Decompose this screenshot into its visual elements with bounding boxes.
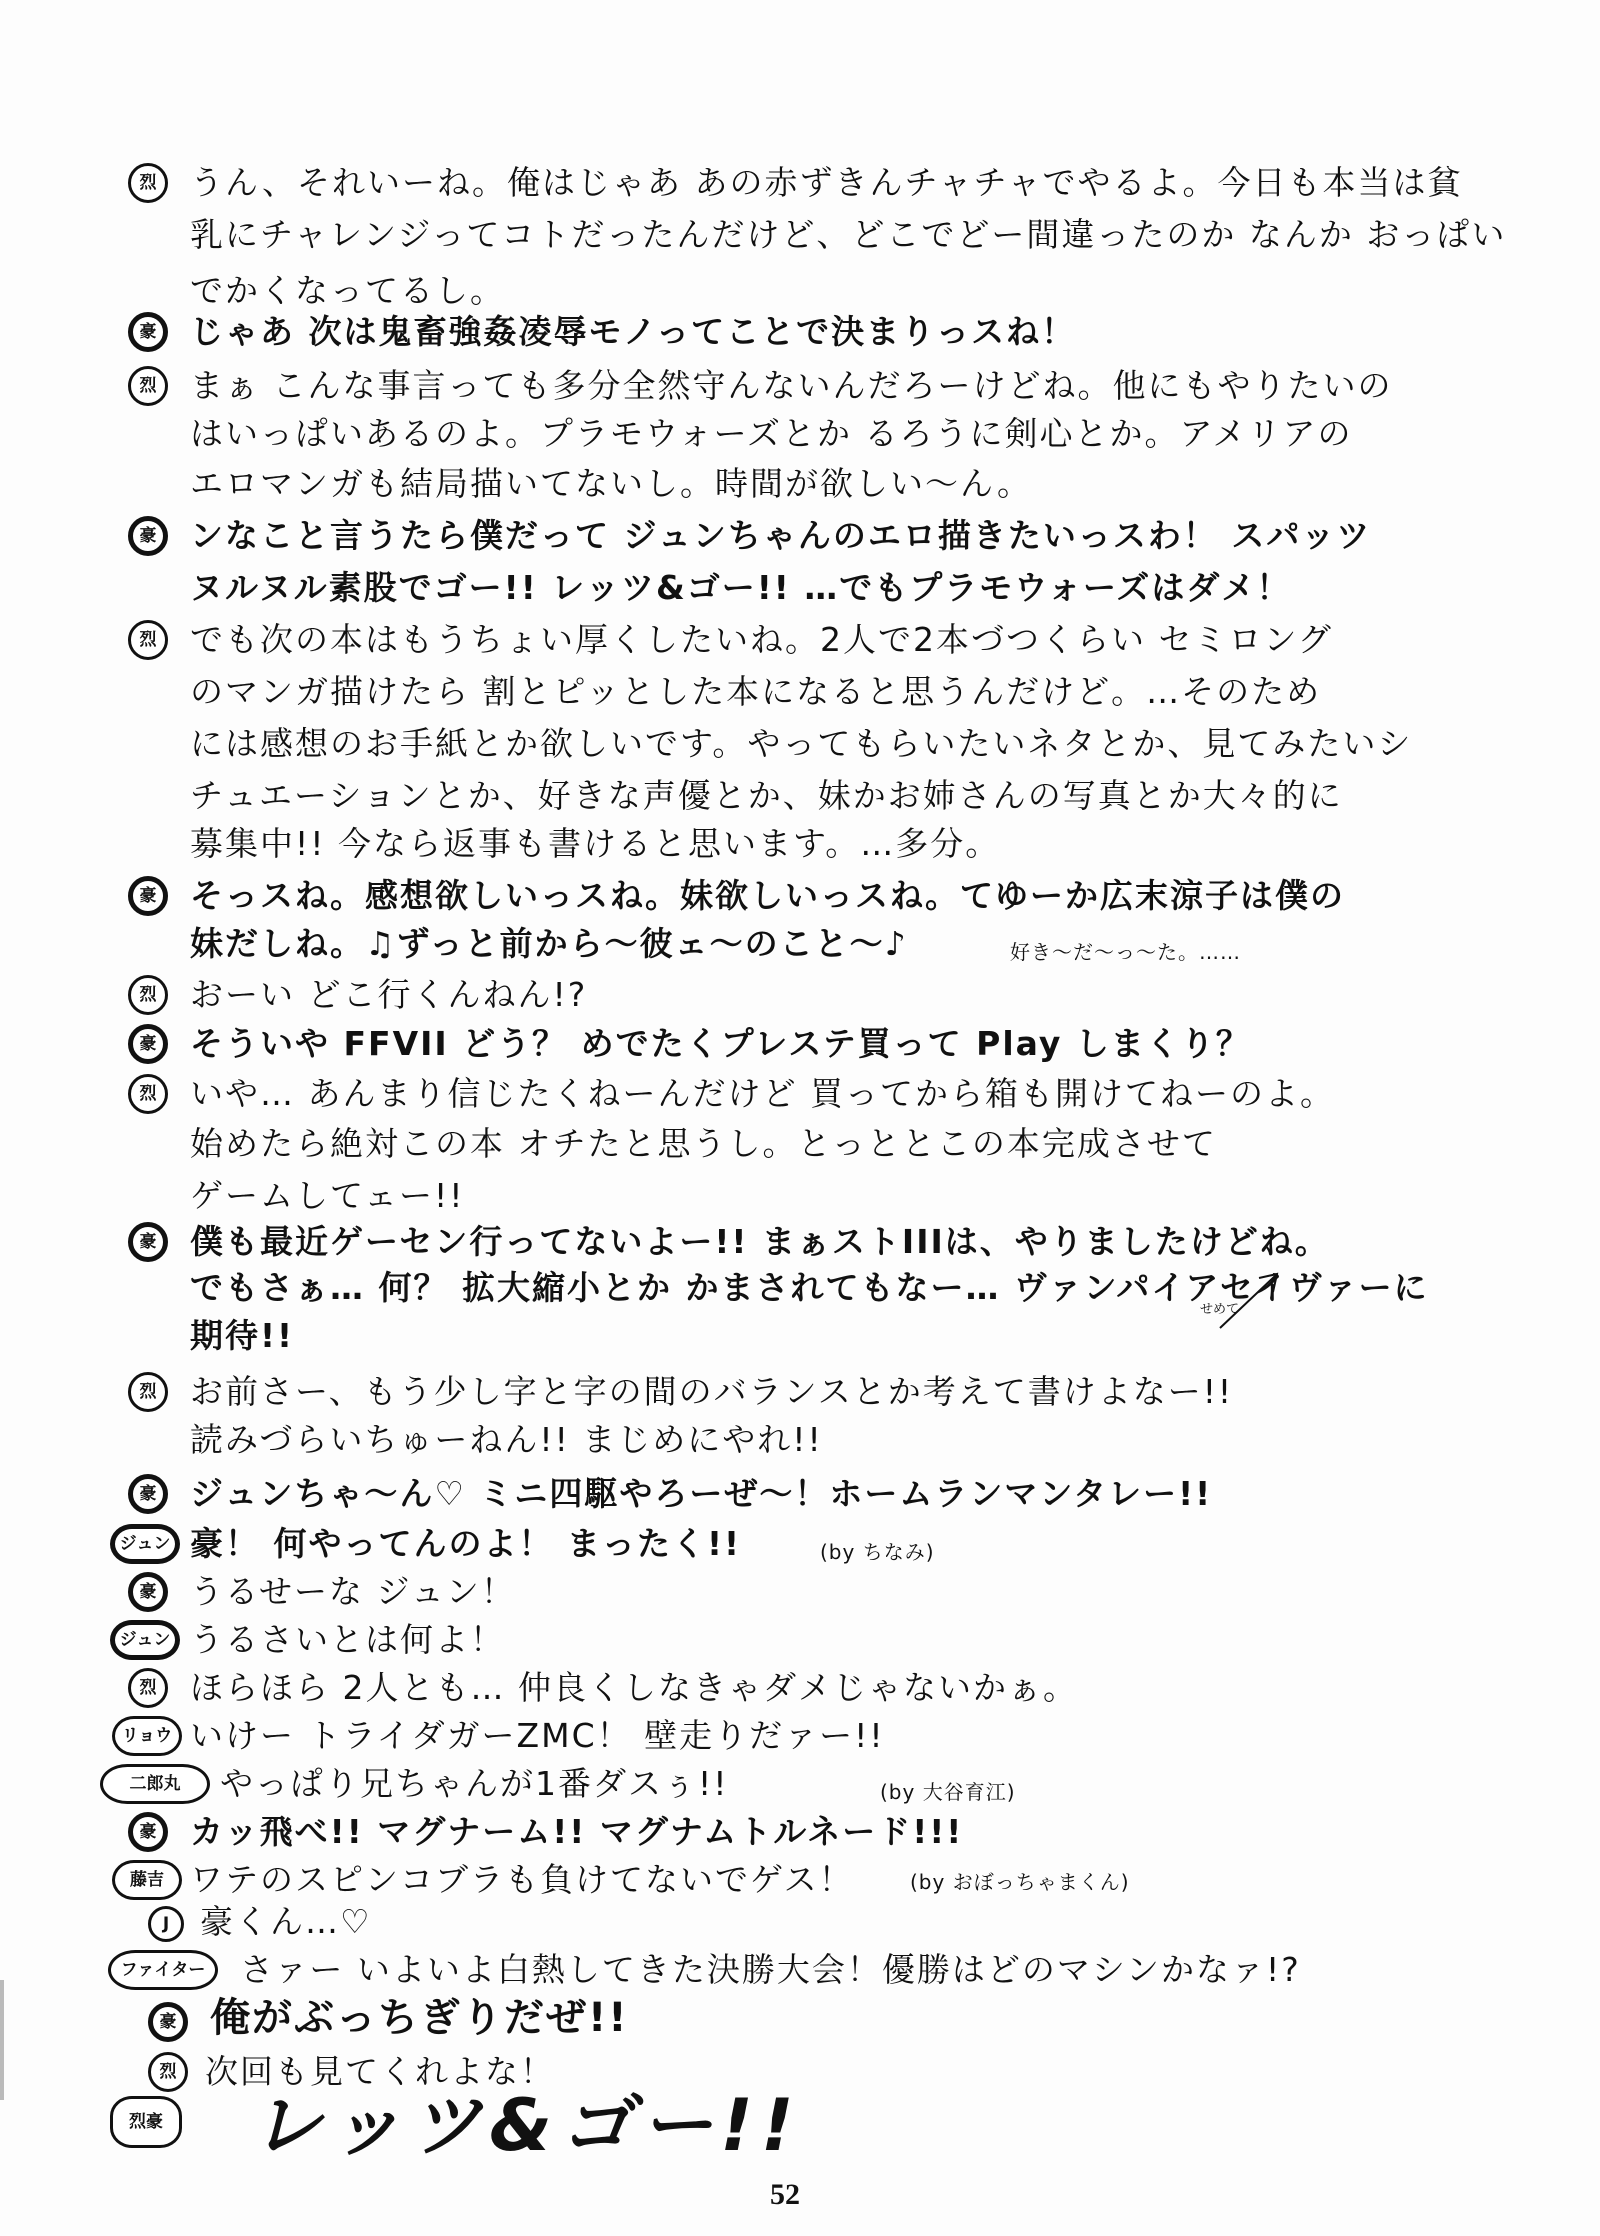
dialogue-line: 始めたら絶対この本 オチたと思うし。とっととこの本完成させて <box>190 1124 1217 1164</box>
dialogue-line: 豪くん…♡ <box>200 1902 372 1942</box>
dialogue-line: お前さー、もう少し字と字の間のバランスとか考えて書けよなー!! <box>190 1372 1233 1412</box>
speaker-name: 豪 <box>140 528 157 545</box>
dialogue-line: ゲームしてェー!! <box>190 1176 464 1216</box>
speaker-name: 烈 <box>140 1680 157 1697</box>
speaker-badge-ryo: リョウ <box>112 1716 182 1756</box>
dialogue-line: 妹だしね。♫ずっと前から〜彼ェ〜のこと〜♪ <box>190 924 908 964</box>
dialogue-line: うるせーな ジュン！ <box>190 1572 516 1612</box>
speaker-name: ファイター <box>121 1962 206 1979</box>
dialogue-line: そういや FFVII どう？ めでたくプレステ買って Play しまくり？ <box>190 1024 1251 1064</box>
dialogue-line: まぁ こんな事言っても多分全然守んないんだろーけどね。他にもやりたいの <box>190 366 1393 406</box>
scanned-page: 烈 うん、それいーね。俺はじゃあ あの赤ずきんチャチャでやるよ。今日も本当は貧 … <box>0 0 1600 2236</box>
dialogue-line: ジュンちゃ〜ん♡ ミニ四駆やろーぜ〜！ホームランマンタレー!! <box>190 1474 1212 1514</box>
dialogue-line: 期待!! <box>190 1316 294 1356</box>
speaker-name: ジュン <box>120 1632 171 1649</box>
dialogue-aside: 好き〜だ〜っ〜た。…… <box>1010 932 1241 972</box>
speaker-name: 烈 <box>140 1384 157 1401</box>
dialogue-line: 俺がぶっちぎりだぜ!! <box>210 1998 628 2038</box>
speaker-badge-j: J <box>148 1906 184 1942</box>
dialogue-line: うん、それいーね。俺はじゃあ あの赤ずきんチャチャでやるよ。今日も本当は貧 <box>190 163 1463 203</box>
dialogue-line: 僕も最近ゲーセン行ってないよー!! まぁストIIIは、やりましたけどね。 <box>190 1222 1330 1262</box>
dialogue-line: やっぱり兄ちゃんが1番ダスぅ!! <box>220 1764 728 1804</box>
speaker-name: 豪 <box>140 1234 157 1251</box>
dialogue-line: ヌルヌル素股でゴー!! レッツ&ゴー!! …でもプラモウォーズはダメ！ <box>190 568 1291 608</box>
speaker-badge-go: 豪 <box>128 1812 168 1852</box>
scan-edge-mark <box>0 1980 4 2100</box>
speaker-badge-retsu: 烈 <box>128 366 168 406</box>
dialogue-line: エロマンガも結局描いてないし。時間が欲しい〜ん。 <box>190 464 1032 504</box>
speaker-name: 豪 <box>140 888 157 905</box>
closing-shout: レッツ&ゴー!! <box>250 2085 802 2165</box>
dialogue-aside: (by おぼっちゃまくん) <box>910 1862 1130 1902</box>
speaker-name: J <box>163 1916 169 1933</box>
speaker-name: 烈 <box>140 632 157 649</box>
speaker-name: 豪 <box>140 1486 157 1503</box>
speaker-badge-fighter: ファイター <box>108 1950 218 1990</box>
speaker-name: ジュン <box>120 1536 171 1553</box>
dialogue-line: おーい どこ行くんねん!? <box>190 975 587 1015</box>
speaker-name: リョウ <box>122 1728 173 1745</box>
speaker-name: 豪 <box>140 1584 157 1601</box>
dialogue-line: には感想のお手紙とか欲しいです。やってもらいたいネタとか、見てみたいシ <box>190 724 1412 764</box>
speaker-badge-go: 豪 <box>128 312 168 352</box>
speaker-name: 烈豪 <box>129 2114 163 2131</box>
dialogue-line: ほらほら 2人とも… 仲良くしなきゃダメじゃないかぁ。 <box>190 1668 1078 1708</box>
dialogue-line: でも次の本はもうちょい厚くしたいね。2人で2本づつくらい セミロング <box>190 620 1333 660</box>
dialogue-line: いや… あんまり信じたくねーんだけど 買ってから箱も開けてねーのよ。 <box>190 1074 1335 1114</box>
dialogue-line: のマンガ描けたら 割とピッとした本になると思うんだけど。…そのため <box>190 672 1321 712</box>
speaker-badge-retsu: 烈 <box>128 1668 168 1708</box>
speaker-badge-jiromaru: 二郎丸 <box>100 1764 210 1804</box>
speaker-badge-retsu-go: 烈豪 <box>110 2096 182 2148</box>
dialogue-line: はいっぱいあるのよ。プラモウォーズとか るろうに剣心とか。アメリアの <box>190 414 1353 454</box>
speaker-name: 豪 <box>140 1036 157 1053</box>
page-number: 52 <box>770 2178 800 2212</box>
dialogue-line: チュエーションとか、好きな声優とか、妹かお姉さんの写真とか大々的に <box>190 776 1343 816</box>
dialogue-line: さァー いよいよ白熱してきた決勝大会！優勝はどのマシンかなァ!? <box>240 1950 1301 1990</box>
speaker-badge-go: 豪 <box>128 1024 168 1064</box>
dialogue-line: ンなこと言うたら僕だって ジュンちゃんのエロ描きたいっスわ！ スパッツ <box>190 516 1371 556</box>
dialogue-line: 募集中!! 今なら返事も書けると思います。…多分。 <box>190 824 1000 864</box>
arrow-icon <box>1215 1270 1285 1330</box>
speaker-badge-jun: ジュン <box>110 1524 180 1564</box>
speaker-name: 二郎丸 <box>130 1776 181 1793</box>
speaker-badge-retsu: 烈 <box>128 1074 168 1114</box>
speaker-badge-retsu: 烈 <box>128 620 168 660</box>
speaker-name: 烈 <box>140 378 157 395</box>
speaker-badge-go: 豪 <box>128 1222 168 1262</box>
speaker-badge-go: 豪 <box>128 1572 168 1612</box>
speaker-name: 烈 <box>140 1086 157 1103</box>
dialogue-aside: (by 大谷育江) <box>880 1772 1016 1812</box>
speaker-badge-tokichi: 藤吉 <box>112 1860 182 1900</box>
speaker-badge-go: 豪 <box>128 516 168 556</box>
speaker-badge-go: 豪 <box>128 1474 168 1514</box>
dialogue-line: でかくなってるし。 <box>190 271 505 311</box>
speaker-badge-go: 豪 <box>148 2002 188 2042</box>
speaker-badge-retsu: 烈 <box>128 163 168 203</box>
dialogue-aside: (by ちなみ) <box>820 1532 935 1572</box>
speaker-badge-retsu: 烈 <box>148 2052 188 2092</box>
speaker-name: 豪 <box>140 324 157 341</box>
dialogue-line: カッ飛べ!! マグナーム!! マグナムトルネード!!! <box>190 1812 963 1852</box>
dialogue-line: 乳にチャレンジってコトだったんだけど、どこでどー間違ったのか なんか おっぱい <box>190 215 1506 255</box>
speaker-name: 烈 <box>140 175 157 192</box>
speaker-name: 藤吉 <box>130 1872 164 1889</box>
speaker-badge-jun: ジュン <box>110 1620 180 1660</box>
speaker-badge-go: 豪 <box>128 876 168 916</box>
dialogue-line: そっスね。感想欲しいっスね。妹欲しいっスね。てゆーか広末涼子は僕の <box>190 876 1345 916</box>
dialogue-line: 豪！ 何やってんのよ！ まったく!! <box>190 1524 741 1564</box>
speaker-name: 豪 <box>140 1824 157 1841</box>
speaker-name: 烈 <box>160 2064 177 2081</box>
dialogue-line: ワテのスピンコブラも負けてないでゲス！ <box>190 1860 854 1900</box>
dialogue-line: 読みづらいちゅーねん!! まじめにやれ!! <box>190 1420 823 1460</box>
dialogue-line: いけー トライダガーZMC！ 壁走りだァー!! <box>190 1716 885 1756</box>
dialogue-line: うるさいとは何よ！ <box>190 1620 505 1660</box>
speaker-badge-retsu: 烈 <box>128 1372 168 1412</box>
speaker-name: 豪 <box>160 2014 177 2031</box>
dialogue-line: じゃあ 次は鬼畜強姦凌辱モノってことで決まりっスね！ <box>190 312 1076 352</box>
speaker-badge-retsu: 烈 <box>128 975 168 1015</box>
speaker-name: 烈 <box>140 987 157 1004</box>
